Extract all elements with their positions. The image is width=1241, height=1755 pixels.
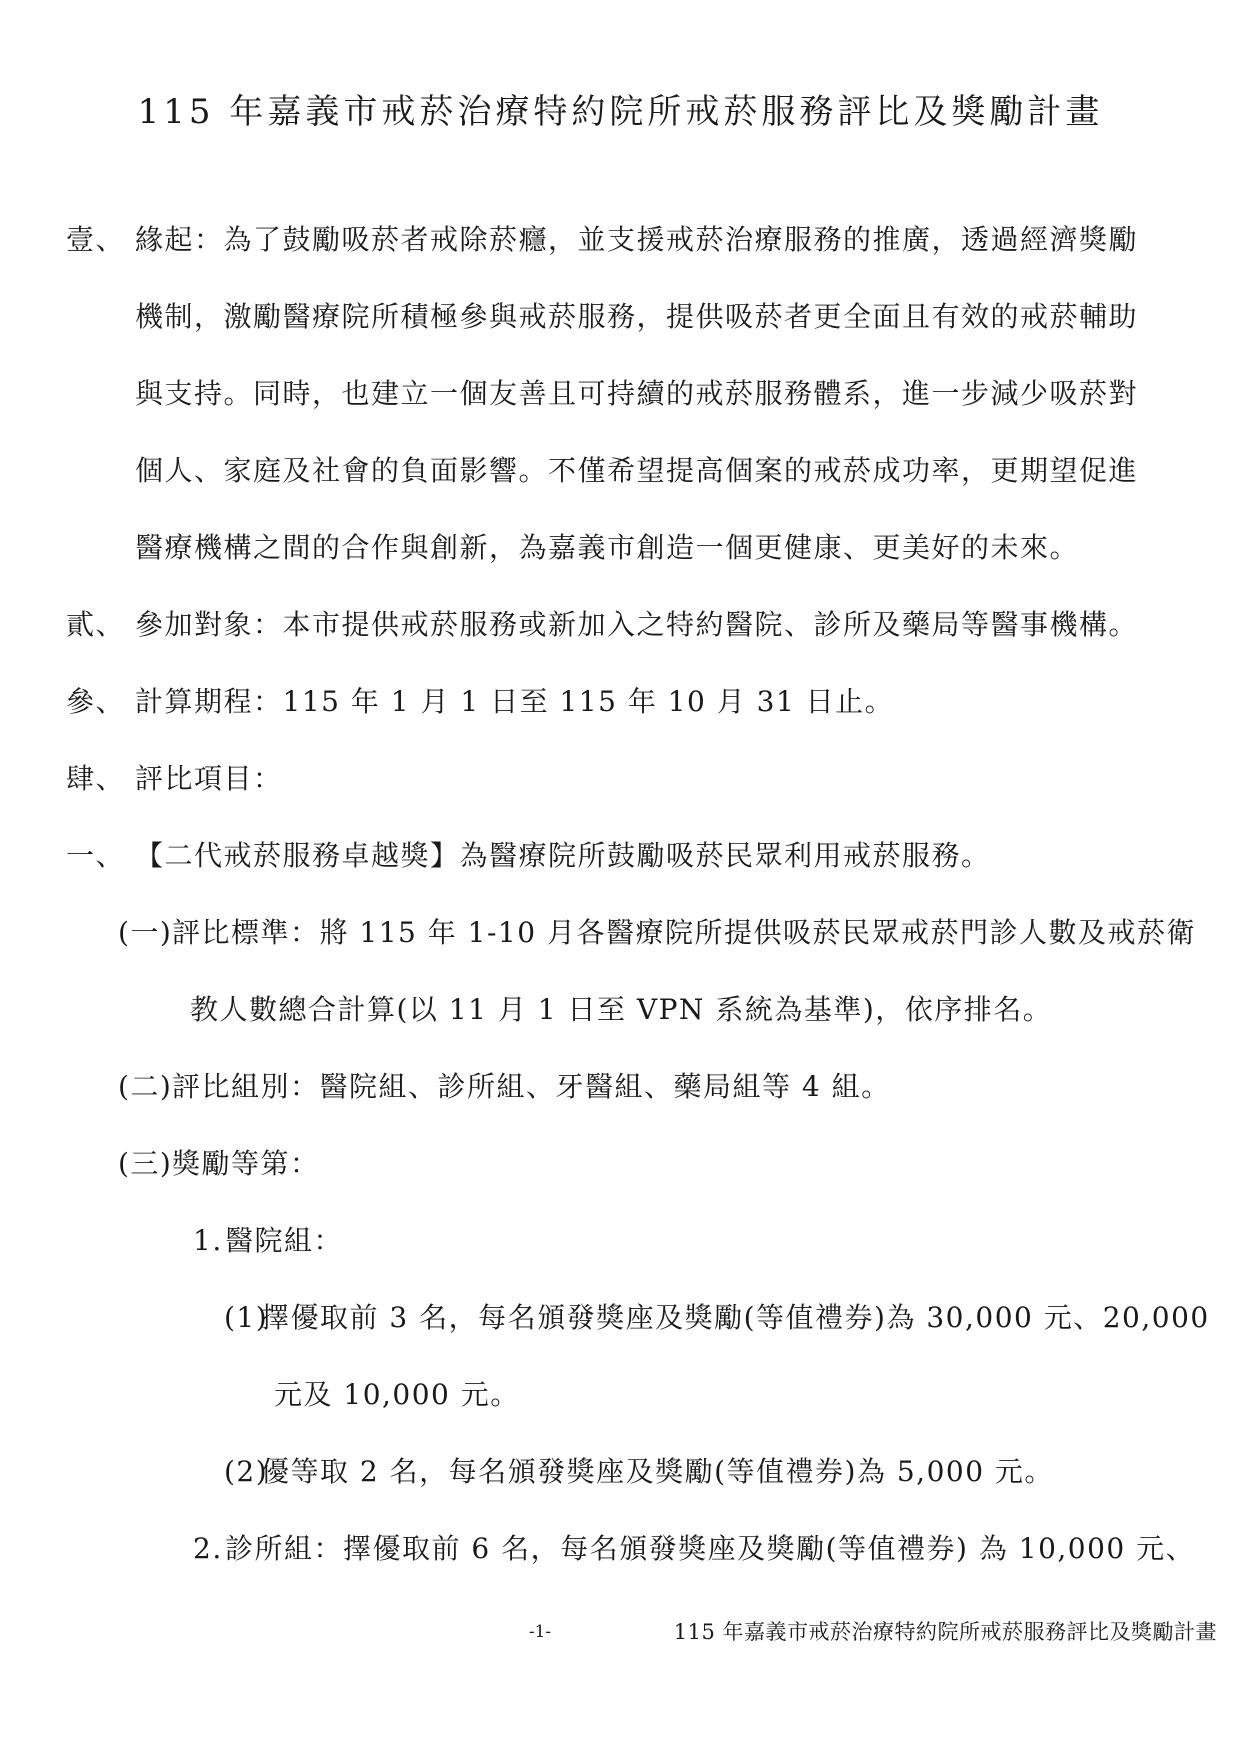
line-text: 機制，激勵醫療院所積極參與戒菸服務，提供吸菸者更全面且有效的戒菸輔助	[135, 300, 1138, 333]
list-label: 貳、	[66, 586, 135, 663]
line-text: 醫院組：	[225, 1224, 343, 1257]
line-text: 【二代戒菸服務卓越獎】為醫療院所鼓勵吸菸民眾利用戒菸服務。	[135, 839, 991, 872]
line-text: 醫療機構之間的合作與創新，為嘉義市創造一個更健康、更美好的未來。	[135, 531, 1079, 564]
list-label: (2)	[224, 1433, 261, 1510]
line-text: 診所組：擇優取前 6 名，每名頒發獎座及獎勵(等值禮券) 為 10,000 元、	[225, 1532, 1195, 1565]
line-text: 參加對象：本市提供戒菸服務或新加入之特約醫院、診所及藥局等醫事機構。	[135, 608, 1138, 641]
line-text: 評比組別：醫院組、診所組、牙醫組、藥局組等 4 組。	[172, 1070, 891, 1103]
line-text: 評比標準：將 115 年 1-10 月各醫療院所提供吸菸民眾戒菸門診人數及戒菸衛	[172, 916, 1196, 949]
list-label: 2.	[193, 1510, 225, 1587]
document-line: (二)評比組別：醫院組、診所組、牙醫組、藥局組等 4 組。	[0, 1048, 1241, 1125]
line-text: 教人數總合計算(以 11 月 1 日至 VPN 系統為基準)，依序排名。	[190, 993, 1052, 1026]
document-line: (1)擇優取前 3 名，每名頒發獎座及獎勵(等值禮券)為 30,000 元、20…	[0, 1279, 1241, 1356]
line-text: 與支持。同時，也建立一個友善且可持續的戒菸服務體系，進一步減少吸菸對	[135, 377, 1138, 410]
document-line: 個人、家庭及社會的負面影響。不僅希望提高個案的戒菸成功率，更期望促進	[0, 432, 1241, 509]
line-text: 個人、家庭及社會的負面影響。不僅希望提高個案的戒菸成功率，更期望促進	[135, 454, 1138, 487]
footer-document-title: 115 年嘉義市戒菸治療特約院所戒菸服務評比及獎勵計畫	[674, 1616, 1217, 1648]
document-line: (一)評比標準：將 115 年 1-10 月各醫療院所提供吸菸民眾戒菸門診人數及…	[0, 894, 1241, 971]
page-footer: -1- 115 年嘉義市戒菸治療特約院所戒菸服務評比及獎勵計畫	[0, 1616, 1241, 1648]
document-line: 2.診所組：擇優取前 6 名，每名頒發獎座及獎勵(等值禮券) 為 10,000 …	[0, 1510, 1241, 1587]
line-text: 計算期程：115 年 1 月 1 日至 115 年 10 月 31 日止。	[135, 685, 894, 718]
line-text: 擇優取前 3 名，每名頒發獎座及獎勵(等值禮券)為 30,000 元、20,00…	[261, 1301, 1210, 1334]
line-text: 元及 10,000 元。	[274, 1378, 520, 1411]
list-label: (三)	[118, 1125, 172, 1202]
document-line: 元及 10,000 元。	[0, 1356, 1241, 1433]
document-line: 參、計算期程：115 年 1 月 1 日至 115 年 10 月 31 日止。	[0, 663, 1241, 740]
line-text: 緣起：為了鼓勵吸菸者戒除菸癮，並支援戒菸治療服務的推廣，透過經濟獎勵	[135, 223, 1138, 256]
document-line: 貳、參加對象：本市提供戒菸服務或新加入之特約醫院、診所及藥局等醫事機構。	[0, 586, 1241, 663]
line-text: 優等取 2 名，每名頒發獎座及獎勵(等值禮券)為 5,000 元。	[261, 1455, 1054, 1488]
list-label: 肆、	[66, 740, 135, 817]
document-line: 肆、評比項目：	[0, 740, 1241, 817]
line-text: 評比項目：	[135, 762, 283, 795]
document-line: (三)獎勵等第：	[0, 1125, 1241, 1202]
document-line: 與支持。同時，也建立一個友善且可持續的戒菸服務體系，進一步減少吸菸對	[0, 355, 1241, 432]
list-label: 參、	[66, 663, 135, 740]
document-line: 醫療機構之間的合作與創新，為嘉義市創造一個更健康、更美好的未來。	[0, 509, 1241, 586]
document-line: (2)優等取 2 名，每名頒發獎座及獎勵(等值禮券)為 5,000 元。	[0, 1433, 1241, 1510]
list-label: 一、	[66, 817, 135, 894]
line-text: 獎勵等第：	[172, 1147, 320, 1180]
document-line: 機制，激勵醫療院所積極參與戒菸服務，提供吸菸者更全面且有效的戒菸輔助	[0, 278, 1241, 355]
list-label: 壹、	[66, 201, 135, 278]
list-label: (二)	[118, 1048, 172, 1125]
document-line: 教人數總合計算(以 11 月 1 日至 VPN 系統為基準)，依序排名。	[0, 971, 1241, 1048]
list-label: (一)	[118, 894, 172, 971]
document-body: 壹、緣起：為了鼓勵吸菸者戒除菸癮，並支援戒菸治療服務的推廣，透過經濟獎勵機制，激…	[0, 201, 1241, 1587]
document-line: 一、【二代戒菸服務卓越獎】為醫療院所鼓勵吸菸民眾利用戒菸服務。	[0, 817, 1241, 894]
list-label: 1.	[193, 1202, 225, 1279]
list-label: (1)	[224, 1279, 261, 1356]
document-line: 1.醫院組：	[0, 1202, 1241, 1279]
page-number: -1-	[500, 1616, 580, 1648]
document-line: 壹、緣起：為了鼓勵吸菸者戒除菸癮，並支援戒菸治療服務的推廣，透過經濟獎勵	[0, 201, 1241, 278]
page-title: 115 年嘉義市戒菸治療特約院所戒菸服務評比及獎勵計畫	[0, 84, 1241, 133]
